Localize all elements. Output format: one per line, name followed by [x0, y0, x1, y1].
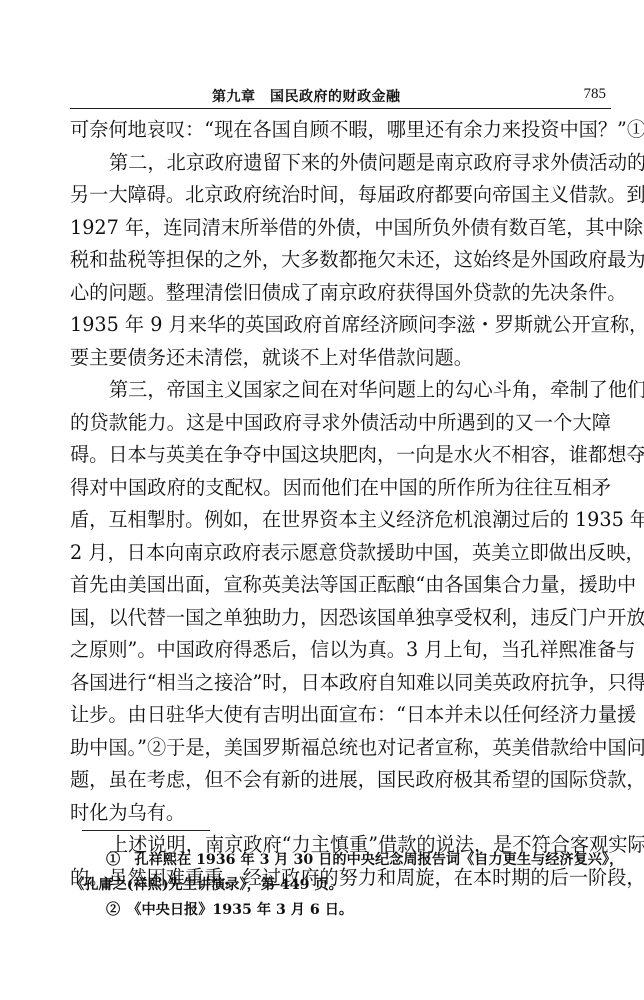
paragraph-end-line: 时化为乌有。 — [70, 797, 611, 830]
chapter-title: 第九章 国民政府的财政金融 — [212, 86, 401, 106]
running-header: 第九章 国民政府的财政金融 785 — [70, 84, 610, 106]
footnotes: ① 孔祥熙在 1936 年 3 月 30 日的中央纪念周报告词《自力更生与经济复… — [70, 848, 611, 923]
text-line: 之原则”。中国政府得悉后，信以为真。3 月上旬，当孔祥熙准备与 — [70, 634, 611, 667]
footnote-1-continuation: 《孔庸之(祥熙)先生讲演录》，第 449 页。 — [70, 873, 611, 898]
text-line: 让步。由日驻华大使有吉明出面宣布：“日本并未以任何经济力量援 — [70, 699, 611, 732]
paragraph-end-line: 要主要债务还未清偿，就谈不上对华借款问题。 — [70, 342, 611, 375]
text-line: 各国进行“相当之接洽”时，日本政府自知难以同美英政府抗争，只得 — [70, 667, 611, 700]
text-line: 的贷款能力。这是中国政府寻求外债活动中所遇到的又一个大障 — [70, 407, 611, 440]
text-line: 盾，互相掣肘。例如，在世界资本主义经济危机浪潮过后的 1935 年 — [70, 504, 611, 537]
text-line: 1935 年 9 月来华的英国政府首席经济顾问李滋・罗斯就公开宣称，只 — [70, 309, 611, 342]
page-number: 785 — [584, 86, 607, 103]
text-line: 1927 年，连同清末所举借的外债，中国所负外债有数百笔，其中除以关 — [70, 212, 611, 245]
text-line: 国，以代替一国之单独助力，因恐该国单独享受权利，违反门户开放 — [70, 602, 611, 635]
footnote-rule — [82, 830, 210, 831]
text-line: 题，虽在考虑，但不会有新的进展，国民政府极其希望的国际贷款，顿 — [70, 764, 611, 797]
text-line: 碍。日本与英美在争夺中国这块肥肉，一向是水火不相容，谁都想夺 — [70, 439, 611, 472]
paragraph-start-line: 第二，北京政府遗留下来的外债问题是南京政府寻求外债活动的 — [70, 147, 611, 180]
text-line: 助中国。”②于是，美国罗斯福总统也对记者宣称，英美借款给中国问 — [70, 732, 611, 765]
paragraph-start-line: 第三，帝国主义国家之间在对华问题上的勾心斗角，牵制了他们 — [70, 374, 611, 407]
text-line: 首先由美国出面，宣称英美法等国正酝酿“由各国集合力量，援助中 — [70, 569, 611, 602]
body-text: 可奈何地哀叹：“现在各国自顾不暇，哪里还有余力来投资中国？”① 第二，北京政府遗… — [70, 114, 611, 894]
text-line: 心的问题。整理清偿旧债成了南京政府获得国外贷款的先决条件。 — [70, 277, 611, 310]
text-line: 得对中国政府的支配权。因而他们在中国的所作所为往往互相矛 — [70, 472, 611, 505]
text-line: 可奈何地哀叹：“现在各国自顾不暇，哪里还有余力来投资中国？”① — [70, 114, 611, 147]
text-line: 另一大障碍。北京政府统治时间，每届政府都要向帝国主义借款。到 — [70, 179, 611, 212]
text-line: 税和盐税等担保的之外，大多数都拖欠未还，这始终是外国政府最为关 — [70, 244, 611, 277]
header-rule — [70, 108, 611, 109]
text-line: 2 月，日本向南京政府表示愿意贷款援助中国，英美立即做出反映， — [70, 537, 611, 570]
footnote-1: ① 孔祥熙在 1936 年 3 月 30 日的中央纪念周报告词《自力更生与经济复… — [70, 848, 611, 873]
footnote-2: ② 《中央日报》1935 年 3 月 6 日。 — [70, 898, 611, 923]
